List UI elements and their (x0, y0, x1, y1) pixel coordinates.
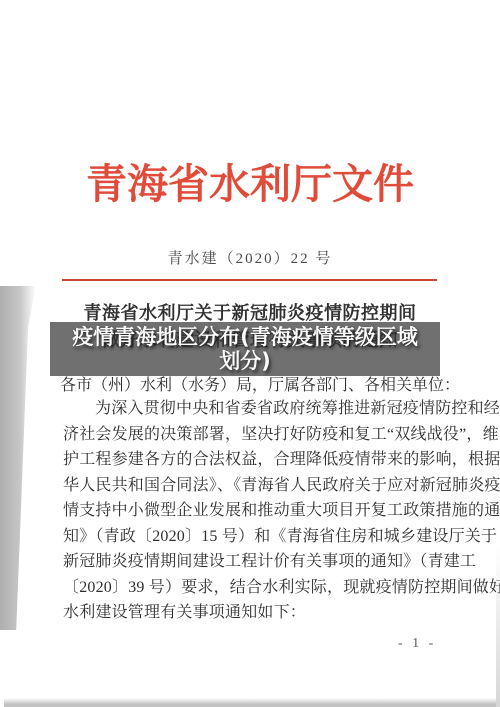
caption-overlay-band: 疫情青海地区分布(青海疫情等级区域 划分) (50, 322, 440, 376)
salutation-line: 各市（州）水利（水务）局，厅属各部门、各相关单位： (60, 375, 480, 396)
body-line: 情支持中小微型企业发展和推动重大项目开复工政策措施的通 (63, 498, 467, 524)
scanned-document-page: 青海省水利厅文件 青水建（2020）22 号 青海省水利厅关于新冠肺炎疫情防控期… (0, 0, 500, 707)
agency-header-title: 青海省水利厅文件 (0, 160, 500, 208)
document-number: 青水建（2020）22 号 (0, 250, 500, 268)
body-paragraph: 为深入贯彻中央和省委省政府统筹推进新冠疫情防控和经 济社会发展的决策部署，坚决打… (63, 396, 467, 626)
body-line: 〔2020〕39 号）要求，结合水利实际，现就疫情防控期间做好 (63, 575, 467, 601)
page-number: - 1 - (398, 636, 436, 652)
red-divider-rule (62, 279, 437, 281)
document-title-line1: 青海省水利厅关于新冠肺炎疫情防控期间 (0, 303, 500, 324)
body-line: 华人民共和国合同法》、《青海省人民政府关于应对新冠肺炎疫 (63, 473, 467, 499)
body-line: 新冠肺炎疫情期间建设工程计价有关事项的通知》（青建工 (63, 549, 467, 575)
body-line: 护工程参建各方的合法权益，合理降低疫情带来的影响，根据《中 (63, 447, 467, 473)
body-line: 知》（青政〔2020〕15 号）和《青海省住房和城乡建设厅关于 (63, 524, 467, 550)
body-line: 为深入贯彻中央和省委省政府统筹推进新冠疫情防控和经 (63, 396, 467, 422)
caption-line1: 疫情青海地区分布(青海疫情等级区域 (72, 325, 418, 349)
body-line: 水利建设管理有关事项通知如下： (63, 600, 467, 626)
caption-line2: 划分) (219, 349, 271, 373)
body-line: 济社会发展的决策部署，坚决打好防疫和复工“双线战役”，维 (63, 422, 467, 448)
scan-edge-right (496, 545, 500, 707)
scan-edge-bottom (4, 698, 500, 707)
